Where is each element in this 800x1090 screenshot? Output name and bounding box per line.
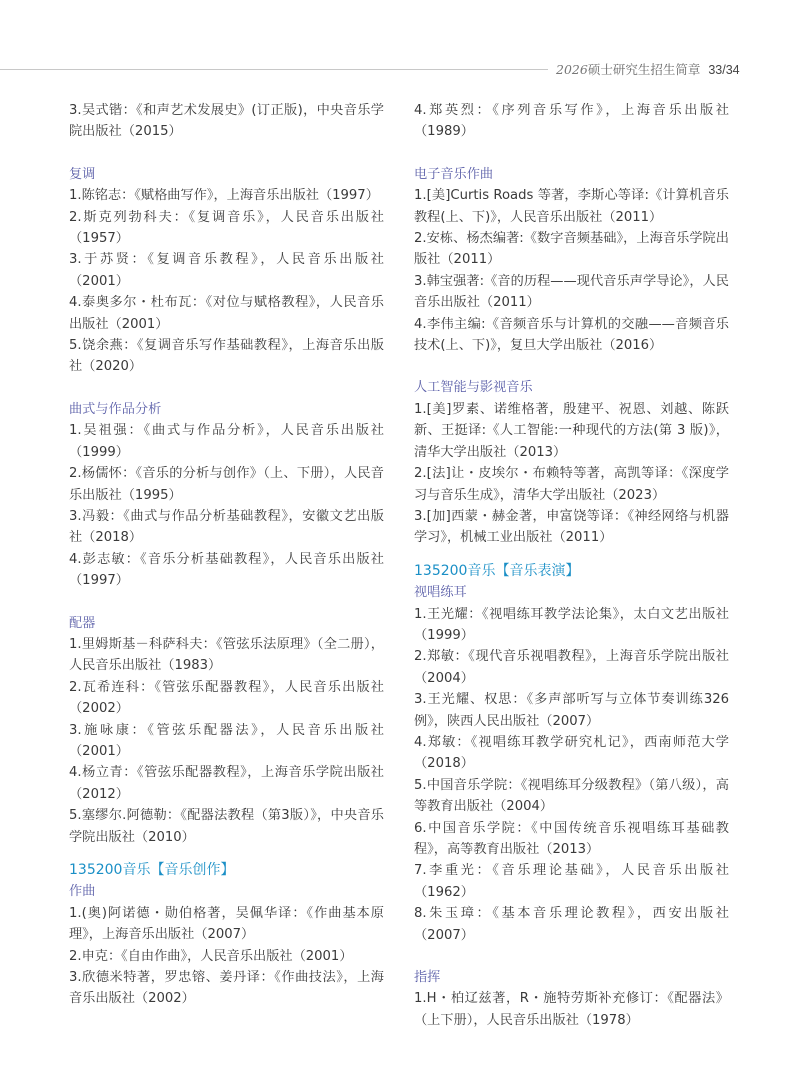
section-title-zuoqu: 作曲	[69, 881, 384, 902]
list-item: 3.于苏贤：《复调音乐教程》，人民音乐出版社（2001）	[69, 249, 384, 292]
list-item: 8.朱玉璋：《基本音乐理论教程》，西安出版社（2007）	[414, 903, 729, 946]
section-title-zhihui: 指挥	[414, 967, 729, 988]
header-year: 2026	[556, 62, 588, 77]
list-item: 1.陈铭志：《赋格曲写作》，上海音乐出版社（1997）	[69, 185, 384, 206]
list-item: 4.郑英烈：《序列音乐写作》，上海音乐出版社（1989）	[414, 100, 729, 143]
list-item: 1.[美]Curtis Roads 等著，李斯心等译:《计算机音乐教程(上、下)…	[414, 185, 729, 228]
running-header: 2026硕士研究生招生简章33/34	[556, 60, 740, 78]
list-item: 2.瓦希连科：《管弦乐配器教程》，人民音乐出版社（2002）	[69, 677, 384, 720]
list-item: 5.塞缪尔.阿德勒：《配器法教程（第3版）》，中央音乐学院出版社（2010）	[69, 805, 384, 848]
list-item: 1.(奥)阿诺德・勋伯格著，吴佩华译：《作曲基本原理》，上海音乐出版社（2007…	[69, 903, 384, 946]
list-item: 3.冯毅：《曲式与作品分析基础教程》，安徽文艺出版社（2018）	[69, 506, 384, 549]
list-item: 1.H・柏辽兹著，R・施特劳斯补充修订：《配器法》（上下册），人民音乐出版社（1…	[414, 988, 729, 1031]
list-item: 2.杨儒怀：《音乐的分析与创作》（上、下册），人民音乐出版社（1995）	[69, 463, 384, 506]
left-column: 3.吴式锴：《和声艺术发展史》(订正版)，中央音乐学院出版社（2015） 复调 …	[69, 100, 384, 1010]
header-rule	[0, 69, 548, 70]
list-item: 1.[美]罗素、诺维格著，殷建平、祝恩、刘越、陈跃新、王挺译:《人工智能:一种现…	[414, 399, 729, 463]
section-title-ai-film: 人工智能与影视音乐	[414, 377, 729, 398]
list-item: 2.安栋、杨杰编著:《数字音频基础》，上海音乐学院出版社（2011）	[414, 228, 729, 271]
list-item: 4.杨立青：《管弦乐配器教程》，上海音乐学院出版社（2012）	[69, 762, 384, 805]
list-item: 1.王光耀：《视唱练耳教学法论集》，太白文艺出版社（1999）	[414, 604, 729, 647]
section-title-electronic: 电子音乐作曲	[414, 164, 729, 185]
list-item: 2.斯克列勃科夫：《复调音乐》，人民音乐出版社（1957）	[69, 207, 384, 250]
right-column: 4.郑英烈：《序列音乐写作》，上海音乐出版社（1989） 电子音乐作曲 1.[美…	[414, 100, 729, 1031]
list-item: 3.欣德米特著，罗忠镕、姜丹译：《作曲技法》，上海音乐出版社（2002）	[69, 967, 384, 1010]
section-title-fudiao: 复调	[69, 164, 384, 185]
list-item: 1.里姆斯基－科萨科夫：《管弦乐法原理》（全二册），人民音乐出版社（1983）	[69, 634, 384, 677]
list-item: 2.申克：《自由作曲》，人民音乐出版社（2001）	[69, 946, 384, 967]
major-title-performance: 135200音乐【音乐表演】	[414, 561, 729, 582]
list-item: 2.[法]让・皮埃尔・布赖特等著，高凯等译：《深度学习与音乐生成》，清华大学出版…	[414, 463, 729, 506]
header-title: 硕士研究生招生简章	[588, 62, 701, 77]
list-item: 1.吴祖强：《曲式与作品分析》，人民音乐出版社（1999）	[69, 420, 384, 463]
list-item: 2.郑敏：《现代音乐视唱教程》，上海音乐学院出版社（2004）	[414, 646, 729, 689]
list-item: 3.[加]西蒙・赫金著，申富饶等译：《神经网络与机器学习》，机械工业出版社（20…	[414, 506, 729, 549]
page-number: 33/34	[708, 63, 739, 77]
list-item: 4.李伟主编:《音频音乐与计算机的交融——音频音乐技术(上、下)》，复旦大学出版…	[414, 314, 729, 357]
list-item: 4.郑敏：《视唱练耳教学研究札记》，西南师范大学（2018）	[414, 732, 729, 775]
list-item: 5.中国音乐学院：《视唱练耳分级教程》（第八级），高等教育出版社（2004）	[414, 775, 729, 818]
list-item: 5.饶余燕：《复调音乐写作基础教程》，上海音乐出版社（2020）	[69, 335, 384, 378]
list-item: 3.施咏康：《管弦乐配器法》，人民音乐出版社（2001）	[69, 720, 384, 763]
list-item: 4.泰奥多尔・杜布瓦：《对位与赋格教程》，人民音乐出版社（2001）	[69, 292, 384, 335]
list-item: 4.彭志敏：《音乐分析基础教程》，人民音乐出版社（1997）	[69, 549, 384, 592]
list-item: 3.王光耀、权思：《多声部听写与立体节奏训练326例》，陕西人民出版社（2007…	[414, 689, 729, 732]
list-item: 6.中国音乐学院：《中国传统音乐视唱练耳基础教程》，高等教育出版社（2013）	[414, 818, 729, 861]
section-title-shichang: 视唱练耳	[414, 582, 729, 603]
section-title-peiqi: 配器	[69, 613, 384, 634]
list-item: 3.韩宝强著:《音的历程——现代音乐声学导论》，人民音乐出版社（2011）	[414, 271, 729, 314]
major-title-creation: 135200音乐【音乐创作】	[69, 860, 384, 881]
list-item: 3.吴式锴：《和声艺术发展史》(订正版)，中央音乐学院出版社（2015）	[69, 100, 384, 143]
list-item: 7.李重光：《音乐理论基础》，人民音乐出版社（1962）	[414, 860, 729, 903]
section-title-qushi: 曲式与作品分析	[69, 399, 384, 420]
